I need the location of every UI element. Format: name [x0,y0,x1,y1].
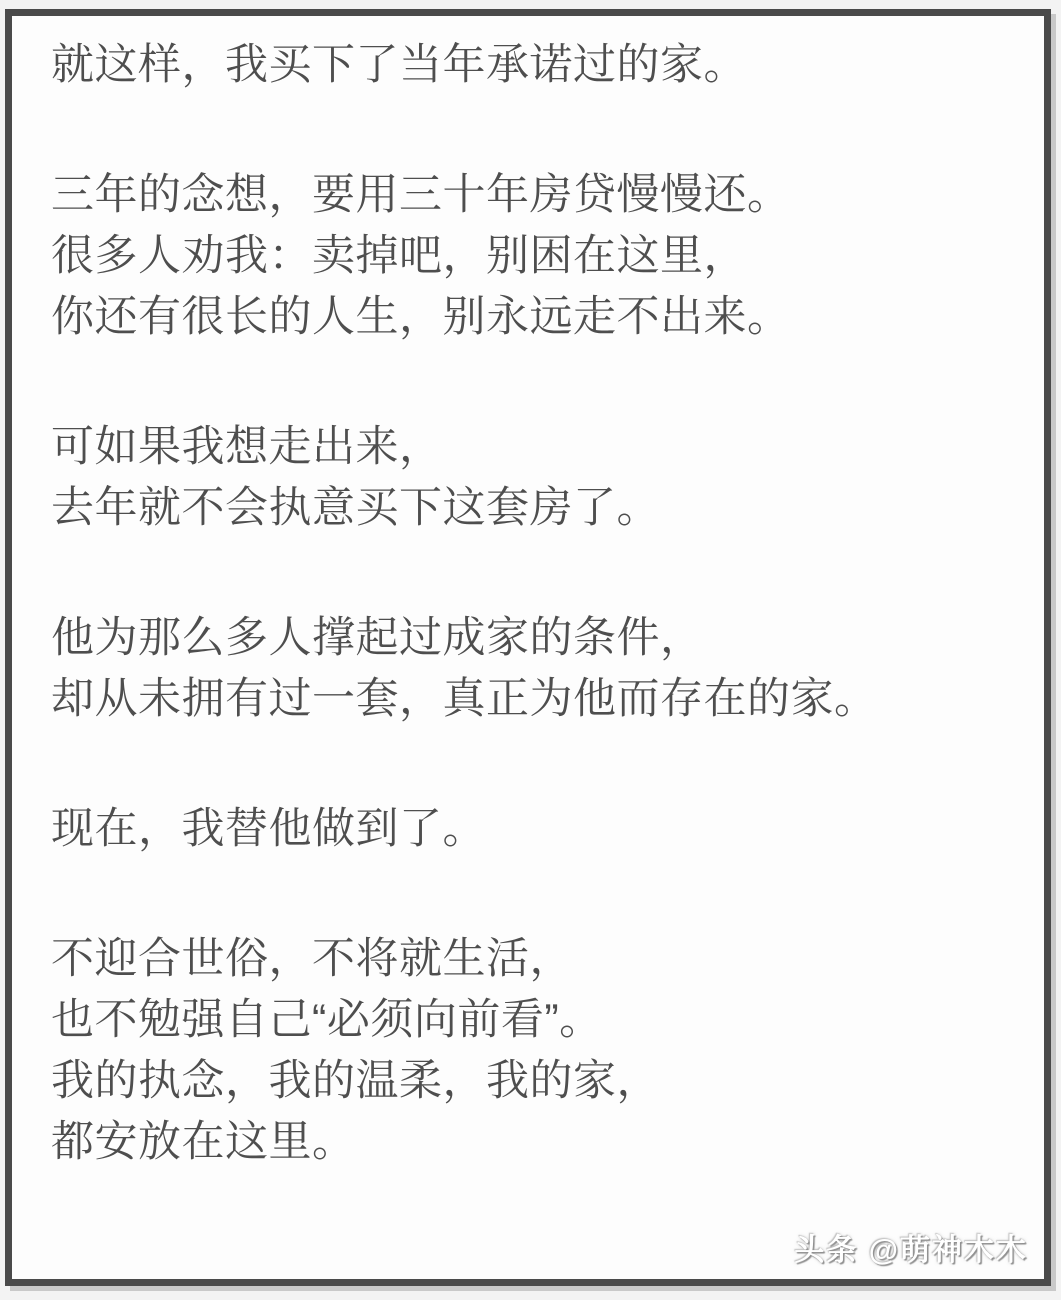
quote-card: 就这样，我买下了当年承诺过的家。 三年的念想，要用三十年房贷慢慢还。 很多人劝我… [5,9,1051,1286]
text-line: 就这样，我买下了当年承诺过的家。 [51,35,1016,96]
text-line: 都安放在这里。 [51,1112,1016,1173]
text-line: 他为那么多人撑起过成家的条件， [51,608,1016,669]
text-line: 三年的念想，要用三十年房贷慢慢还。 [51,165,1016,226]
paragraph-4: 他为那么多人撑起过成家的条件， 却从未拥有过一套，真正为他而存在的家。 [51,608,1016,730]
paragraph-3: 可如果我想走出来， 去年就不会执意买下这套房了。 [51,417,1016,539]
paragraph-2: 三年的念想，要用三十年房贷慢慢还。 很多人劝我：卖掉吧，别困在这里， 你还有很长… [51,165,1016,348]
page-background: 就这样，我买下了当年承诺过的家。 三年的念想，要用三十年房贷慢慢还。 很多人劝我… [0,0,1061,1300]
paragraph-6: 不迎合世俗，不将就生活， 也不勉强自己“必须向前看”。 我的执念，我的温柔，我的… [51,929,1016,1173]
paragraph-5: 现在，我替他做到了。 [51,799,1016,860]
text-line: 很多人劝我：卖掉吧，别困在这里， [51,226,1016,287]
text-line: 我的执念，我的温柔，我的家， [51,1051,1016,1112]
text-line: 却从未拥有过一套，真正为他而存在的家。 [51,669,1016,730]
text-line: 也不勉强自己“必须向前看”。 [51,990,1016,1051]
text-line: 可如果我想走出来， [51,417,1016,478]
watermark-toutiao: 头条 @萌神木木 [794,1225,1028,1269]
paragraph-1: 就这样，我买下了当年承诺过的家。 [51,35,1016,96]
text-line: 不迎合世俗，不将就生活， [51,929,1016,990]
text-line: 去年就不会执意买下这套房了。 [51,478,1016,539]
text-line: 你还有很长的人生，别永远走不出来。 [51,287,1016,348]
text-line: 现在，我替他做到了。 [51,799,1016,860]
